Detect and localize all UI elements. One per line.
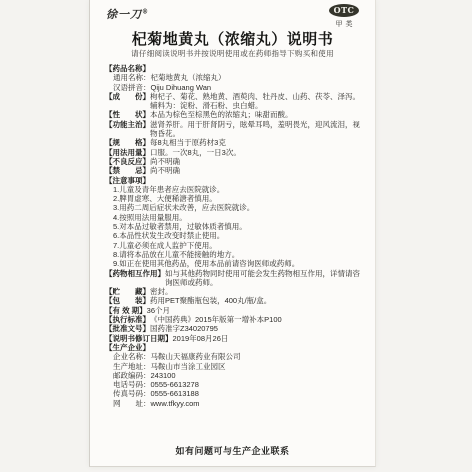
entry-text: 本品为棕色至棕黑色的浓缩丸；味甜而酸。 — [150, 110, 363, 119]
insert-note: 9.如正在使用其他药品，使用本品前请咨询医师或药师。 — [105, 259, 363, 268]
entry-text: 网 址：www.tfkyy.com — [113, 399, 363, 408]
entry-text: 1.儿童及青年患者应去医院就诊。 — [113, 185, 363, 194]
insert-entry: 【成 份】枸杞子、菊花、熟地黄、酒萸肉、牡丹皮、山药、茯苓、泽泻。辅料为：淀粉、… — [105, 92, 363, 111]
insert-subline: 传真号码：0555-6613188 — [105, 389, 363, 398]
insert-entry: 【性 状】本品为棕色至棕黑色的浓缩丸；味甜而酸。 — [105, 110, 363, 119]
entry-text: 尚不明确 — [150, 166, 363, 175]
insert-entry: 【用法用量】口服。一次8丸，一日3次。 — [105, 148, 363, 157]
entry-text: 《中国药典》2015年版第一增补本P100 — [150, 315, 363, 324]
entry-text: 通用名称：杞菊地黄丸（浓缩丸） — [113, 73, 363, 82]
entry-text: 汉语拼音：Qiju Dihuang Wan — [113, 83, 363, 92]
insert-entry: 【功能主治】滋肾养肝。用于肝肾阴亏，眩晕耳鸣，羞明畏光，迎风流泪，视物昏花。 — [105, 120, 363, 139]
page-title: 杞菊地黄丸（浓缩丸）说明书 — [90, 28, 375, 49]
insert-note: 5.对本品过敏者禁用，过敏体质者慎用。 — [105, 222, 363, 231]
entry-label: 【药品名称】 — [105, 64, 150, 73]
insert-entry: 【药品名称】 — [105, 64, 363, 73]
entry-text: 2019年08月26日 — [173, 334, 364, 343]
insert-entry: 【不良反应】尚不明确 — [105, 157, 363, 166]
entry-text: 国药准字Z34020795 — [150, 324, 363, 333]
entry-text: 如与其他药物同时使用可能会发生药物相互作用，详情请咨询医师或药师。 — [165, 269, 363, 288]
entry-text: 口服。一次8丸，一日3次。 — [150, 148, 363, 157]
insert-note: 7.儿童必须在成人监护下使用。 — [105, 241, 363, 250]
entry-text: 6.本品性状发生改变时禁止使用。 — [113, 231, 363, 240]
entry-text: 36个月 — [147, 306, 363, 315]
insert-subline: 电话号码：0555-6613278 — [105, 380, 363, 389]
entry-label: 【禁 忌】 — [105, 166, 150, 175]
entry-label: 【用法用量】 — [105, 148, 150, 157]
entry-label: 【注意事项】 — [105, 176, 150, 185]
entry-label: 【有 效 期】 — [105, 306, 147, 315]
insert-entry: 【注意事项】 — [105, 176, 363, 185]
otc-badge: OTC 甲类 — [326, 4, 362, 29]
insert-subline: 网 址：www.tfkyy.com — [105, 399, 363, 408]
insert-entry: 【批准文号】国药准字Z34020795 — [105, 324, 363, 333]
brand-name: 徐一刀 — [106, 8, 142, 21]
insert-subline: 邮政编码：243100 — [105, 371, 363, 380]
insert-entry: 【规 格】每8丸相当于原药材3克 — [105, 138, 363, 147]
insert-entry: 【执行标准】《中国药典》2015年版第一增补本P100 — [105, 315, 363, 324]
entry-text: 药用PET聚酯瓶包装，400丸/瓶/盒。 — [150, 296, 363, 305]
insert-entry: 【生产企业】 — [105, 343, 363, 352]
entry-label: 【不良反应】 — [105, 157, 150, 166]
registered-trademark-mark: ® — [142, 8, 149, 15]
insert-entry: 【有 效 期】36个月 — [105, 306, 363, 315]
insert-note: 1.儿童及青年患者应去医院就诊。 — [105, 185, 363, 194]
entry-label: 【批准文号】 — [105, 324, 150, 333]
entry-label: 【说明书修订日期】 — [105, 334, 173, 343]
insert-note: 4.按照用法用量服用。 — [105, 213, 363, 222]
entry-text: 生产地址：马鞍山市当涂工业园区 — [113, 362, 363, 371]
entry-label: 【包 装】 — [105, 296, 150, 305]
entry-text: 4.按照用法用量服用。 — [113, 213, 363, 222]
entry-text: 尚不明确 — [150, 157, 363, 166]
insert-subline: 企业名称：马鞍山天福康药业有限公司 — [105, 352, 363, 361]
entry-text: 3.用药二周后症状未改善，应去医院就诊。 — [113, 203, 363, 212]
leaflet-sheet: 徐一刀® OTC 甲类 杞菊地黄丸（浓缩丸）说明书 请仔细阅读说明书并按说明使用… — [89, 0, 376, 467]
insert-note: 6.本品性状发生改变时禁止使用。 — [105, 231, 363, 240]
otc-logo-icon: OTC — [329, 4, 359, 17]
entry-text: 9.如正在使用其他药品，使用本品前请咨询医师或药师。 — [113, 259, 363, 268]
insert-note: 3.用药二周后症状未改善，应去医院就诊。 — [105, 203, 363, 212]
insert-body: 【药品名称】通用名称：杞菊地黄丸（浓缩丸）汉语拼音：Qiju Dihuang W… — [105, 64, 363, 408]
entry-label: 【功能主治】 — [105, 120, 150, 129]
entry-text: 5.对本品过敏者禁用，过敏体质者慎用。 — [113, 222, 363, 231]
entry-text: 邮政编码：243100 — [113, 371, 363, 380]
entry-text: 滋肾养肝。用于肝肾阴亏，眩晕耳鸣，羞明畏光，迎风流泪，视物昏花。 — [150, 120, 363, 139]
entry-text: 电话号码：0555-6613278 — [113, 380, 363, 389]
entry-label: 【性 状】 — [105, 110, 150, 119]
entry-label: 【成 份】 — [105, 92, 150, 101]
entry-text: 传真号码：0555-6613188 — [113, 389, 363, 398]
page-subtitle: 请仔细阅读说明书并按说明使用或在药师指导下购买和使用 — [90, 48, 375, 59]
entry-label: 【规 格】 — [105, 138, 150, 147]
entry-text: 8.请将本品放在儿童不能接触的地方。 — [113, 250, 363, 259]
insert-entry: 【包 装】药用PET聚酯瓶包装，400丸/瓶/盒。 — [105, 296, 363, 305]
entry-text: 每8丸相当于原药材3克 — [150, 138, 363, 147]
entry-label: 【生产企业】 — [105, 343, 150, 352]
entry-text: 企业名称：马鞍山天福康药业有限公司 — [113, 352, 363, 361]
insert-entry: 【药物相互作用】如与其他药物同时使用可能会发生药物相互作用，详情请咨询医师或药师… — [105, 269, 363, 288]
insert-subline: 通用名称：杞菊地黄丸（浓缩丸） — [105, 73, 363, 82]
entry-text: 7.儿童必须在成人监护下使用。 — [113, 241, 363, 250]
entry-label: 【执行标准】 — [105, 315, 150, 324]
brand-logo: 徐一刀® — [106, 6, 149, 22]
entry-text: 枸杞子、菊花、熟地黄、酒萸肉、牡丹皮、山药、茯苓、泽泻。辅料为：淀粉、滑石粉、虫… — [150, 92, 363, 111]
footer-note: 如有问题可与生产企业联系 — [90, 444, 375, 457]
insert-entry: 【禁 忌】尚不明确 — [105, 166, 363, 175]
entry-label: 【药物相互作用】 — [105, 269, 165, 278]
insert-entry: 【说明书修订日期】2019年08月26日 — [105, 334, 363, 343]
insert-subline: 生产地址：马鞍山市当涂工业园区 — [105, 362, 363, 371]
insert-subline: 汉语拼音：Qiju Dihuang Wan — [105, 83, 363, 92]
insert-note: 8.请将本品放在儿童不能接触的地方。 — [105, 250, 363, 259]
